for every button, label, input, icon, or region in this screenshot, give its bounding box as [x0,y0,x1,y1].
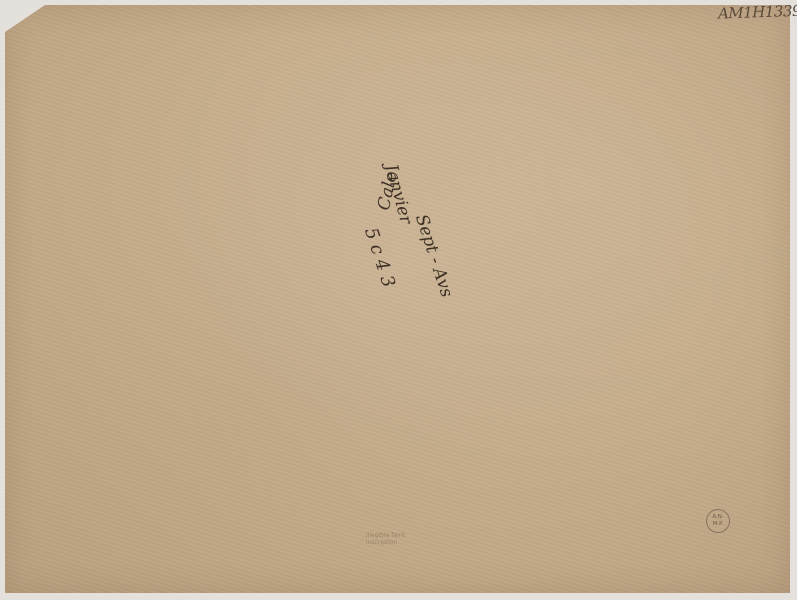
archive-stamp-icon: A.N. M.P. [706,509,730,533]
archive-id: AM1H13393 [718,1,797,22]
faint-inscription: illegible faint inscription [366,532,436,546]
stamp-line-1: A.N. [707,514,729,521]
stamp-line-2: M.P. [707,521,729,528]
document-sheet [5,5,790,593]
